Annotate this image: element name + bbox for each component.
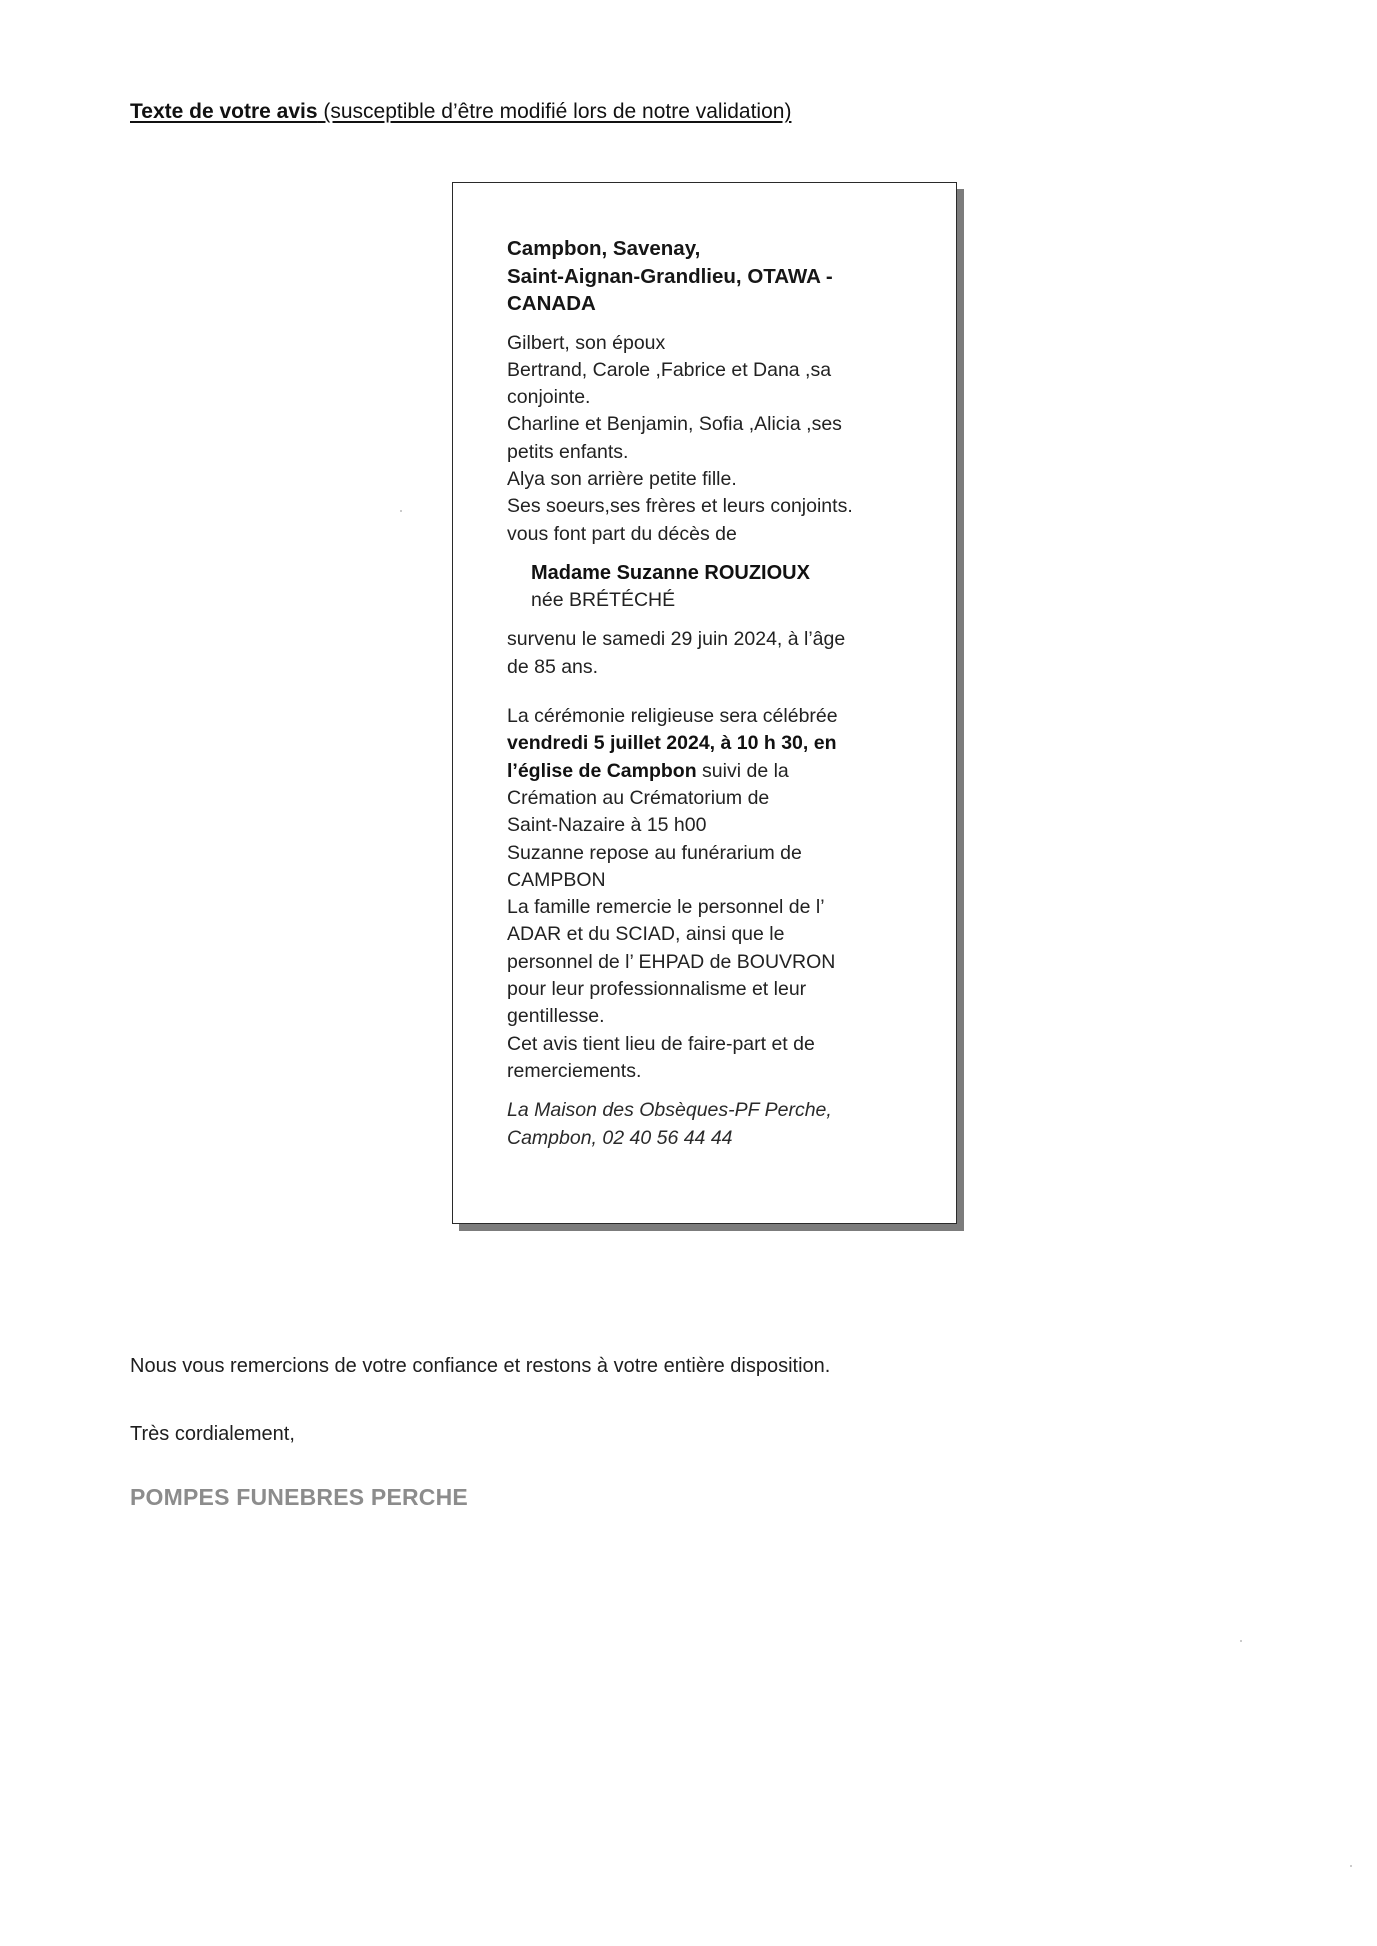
ceremony-line: Saint-Nazaire à 15 h00 bbox=[507, 812, 937, 839]
family-line: Ses soeurs,ses frères et leurs conjoints… bbox=[507, 493, 937, 520]
place-line: Campbon, Savenay, bbox=[507, 235, 937, 263]
ceremony-line: l’église de Campbon suivi de la bbox=[507, 758, 937, 785]
obituary-notice-box: Campbon, Savenay, Saint-Aignan-Grandlieu… bbox=[452, 182, 957, 1224]
ceremony-place: l’église de Campbon bbox=[507, 760, 697, 782]
family-line: Gilbert, son époux bbox=[507, 330, 937, 357]
ceremony-date: vendredi 5 juillet 2024, à 10 h 30, en bbox=[507, 730, 937, 757]
family-line: Alya son arrière petite fille. bbox=[507, 466, 937, 493]
heading-note: (susceptible d’être modifié lors de notr… bbox=[318, 100, 792, 123]
death-info: survenu le samedi 29 juin 2024, à l’âge … bbox=[507, 626, 937, 681]
ceremony-line: La famille remercie le personnel de l’ bbox=[507, 894, 937, 921]
family-line: Charline et Benjamin, Sofia ,Alicia ,ses bbox=[507, 411, 937, 438]
places-list: Campbon, Savenay, Saint-Aignan-Grandlieu… bbox=[507, 235, 937, 318]
scan-speck bbox=[400, 510, 402, 512]
death-line: de 85 ans. bbox=[507, 654, 937, 681]
family-line: Bertrand, Carole ,Fabrice et Dana ,sa bbox=[507, 357, 937, 384]
company-signature: POMPES FUNEBRES PERCHE bbox=[130, 1484, 468, 1511]
heading-title: Texte de votre avis bbox=[130, 100, 318, 123]
maiden-name: née BRÉTÉCHÉ bbox=[531, 587, 937, 614]
scan-speck bbox=[1240, 1640, 1242, 1642]
ceremony-line: Cet avis tient lieu de faire-part et de bbox=[507, 1031, 937, 1058]
family-line: conjointe. bbox=[507, 384, 937, 411]
scan-speck bbox=[1350, 1865, 1352, 1867]
ceremony-line: CAMPBON bbox=[507, 867, 937, 894]
closing-regards: Très cordialement, bbox=[130, 1423, 295, 1446]
ceremony-line: ADAR et du SCIAD, ainsi que le bbox=[507, 921, 937, 948]
signature-line: Campbon, 02 40 56 44 44 bbox=[507, 1125, 937, 1152]
death-line: survenu le samedi 29 juin 2024, à l’âge bbox=[507, 626, 937, 653]
ceremony-line: gentillesse. bbox=[507, 1003, 937, 1030]
ceremony-info: La cérémonie religieuse sera célébrée ve… bbox=[507, 703, 937, 1085]
ceremony-line: remerciements. bbox=[507, 1058, 937, 1085]
ceremony-line: Suzanne repose au funérarium de bbox=[507, 840, 937, 867]
family-line: petits enfants. bbox=[507, 439, 937, 466]
deceased-name: Madame Suzanne ROUZIOUX bbox=[531, 560, 937, 587]
family-line: vous font part du décès de bbox=[507, 521, 937, 548]
ceremony-line: La cérémonie religieuse sera célébrée bbox=[507, 703, 937, 730]
ceremony-line: personnel de l’ EHPAD de BOUVRON bbox=[507, 949, 937, 976]
closing-thanks: Nous vous remercions de votre confiance … bbox=[130, 1355, 830, 1378]
deceased-block: Madame Suzanne ROUZIOUX née BRÉTÉCHÉ bbox=[507, 560, 937, 615]
family-list: Gilbert, son époux Bertrand, Carole ,Fab… bbox=[507, 330, 937, 548]
signature-line: La Maison des Obsèques-PF Perche, bbox=[507, 1097, 937, 1124]
place-line: Saint-Aignan-Grandlieu, OTAWA - bbox=[507, 263, 937, 291]
obituary-text: Campbon, Savenay, Saint-Aignan-Grandlieu… bbox=[507, 235, 937, 1152]
ceremony-line: pour leur professionnalisme et leur bbox=[507, 976, 937, 1003]
funeral-home-signature: La Maison des Obsèques-PF Perche, Campbo… bbox=[507, 1097, 937, 1152]
notice-heading: Texte de votre avis (susceptible d’être … bbox=[130, 100, 791, 124]
ceremony-line: Crémation au Crématorium de bbox=[507, 785, 937, 812]
place-line: CANADA bbox=[507, 290, 937, 318]
